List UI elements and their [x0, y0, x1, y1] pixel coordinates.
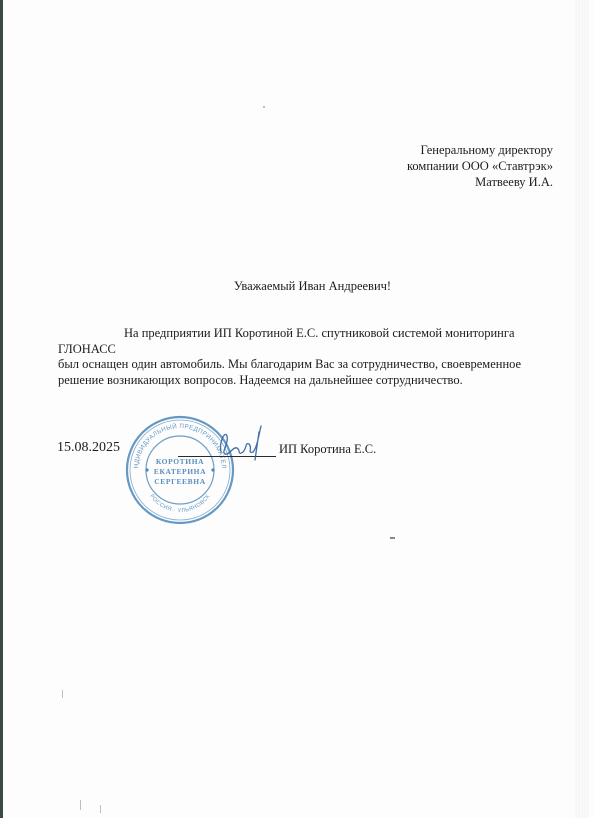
scan-speck	[62, 690, 63, 698]
letter-date: 15.08.2025	[57, 440, 120, 456]
addressee-block: Генеральному директору компании ООО «Ста…	[407, 142, 553, 190]
addressee-company: компании ООО «Ставтрэк»	[407, 158, 553, 174]
stamp-name-2: ЕКАТЕРИНА	[154, 467, 206, 476]
letter-body: На предприятии ИП Коротиной Е.С. спутник…	[58, 326, 558, 388]
stamp-name-3: СЕРГЕЕВНА	[154, 477, 205, 486]
stamp-name-1: КОРОТИНА	[156, 457, 204, 466]
scan-noise	[575, 0, 589, 818]
salutation: Уважаемый Иван Андреевич!	[44, 279, 581, 294]
addressee-position: Генеральному директору	[407, 142, 553, 158]
handwritten-signature	[215, 422, 265, 462]
body-line-2: был оснащен один автомобиль. Мы благодар…	[58, 357, 558, 373]
scan-speck	[80, 800, 81, 810]
addressee-name: Матвееву И.А.	[407, 174, 553, 190]
body-line-3: решение возникающих вопросов. Надеемся н…	[58, 373, 558, 389]
scan-speck	[263, 106, 265, 108]
signer-name: ИП Коротина Е.С.	[279, 442, 376, 457]
scan-speck	[390, 537, 395, 539]
scan-speck	[100, 805, 101, 813]
document-page: Генеральному директору компании ООО «Ста…	[0, 0, 595, 818]
scan-edge	[0, 0, 3, 818]
body-line-1: На предприятии ИП Коротиной Е.С. спутник…	[58, 326, 558, 357]
